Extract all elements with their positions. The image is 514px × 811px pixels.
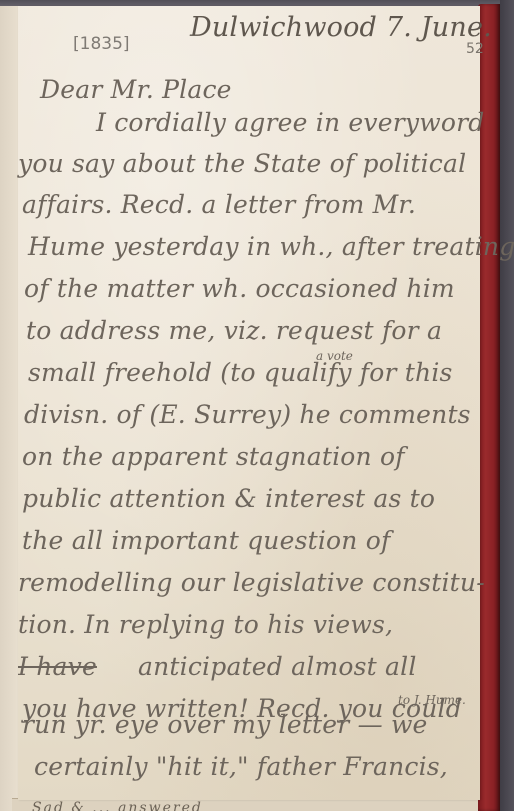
letter-line: of the matter wh. occasioned him [24,274,455,303]
struck-text: I have [18,652,98,681]
letter-line: divisn. of (E. Surrey) he comments [24,400,471,429]
letter-line: on the apparent stagnation of [22,442,405,471]
folio-number: 52 [466,41,484,57]
letter-line: remodelling our legislative constitu- [18,568,485,597]
dateline: Dulwichwood 7. June. [190,12,492,43]
archive-year-mark: [1835] [73,34,130,54]
letter-line: Hume yesterday in wh., after treating [28,232,514,261]
interlinear-insertion: to J. Hume. [398,693,466,707]
letter-line: certainly "hit it," father Francis, [34,752,448,781]
letter-line: to address me, viz. request for a [26,316,442,345]
book-cover-edge [500,0,514,811]
salutation: Dear Mr. Place [40,75,232,104]
next-page-fragment: Sad & ... answered [32,800,203,811]
letter-line-continued: anticipated almost all [138,652,417,681]
letter-line: the all important question of [22,526,390,555]
letter-line: public attention & interest as to [22,484,435,513]
letter-page: [1835] Dulwichwood 7. June. 52 Dear Mr. … [18,6,480,800]
letter-line: affairs. Recd. a letter from Mr. [22,190,416,219]
letter-line: run yr. eye over my letter — we [22,710,428,739]
letter-line: I cordially agree in everyword [96,108,484,137]
letter-line: you say about the State of political [18,149,466,178]
letter-line: small freehold (to qualify for this [28,358,453,387]
letter-line: tion. In replying to his views, [18,610,393,639]
